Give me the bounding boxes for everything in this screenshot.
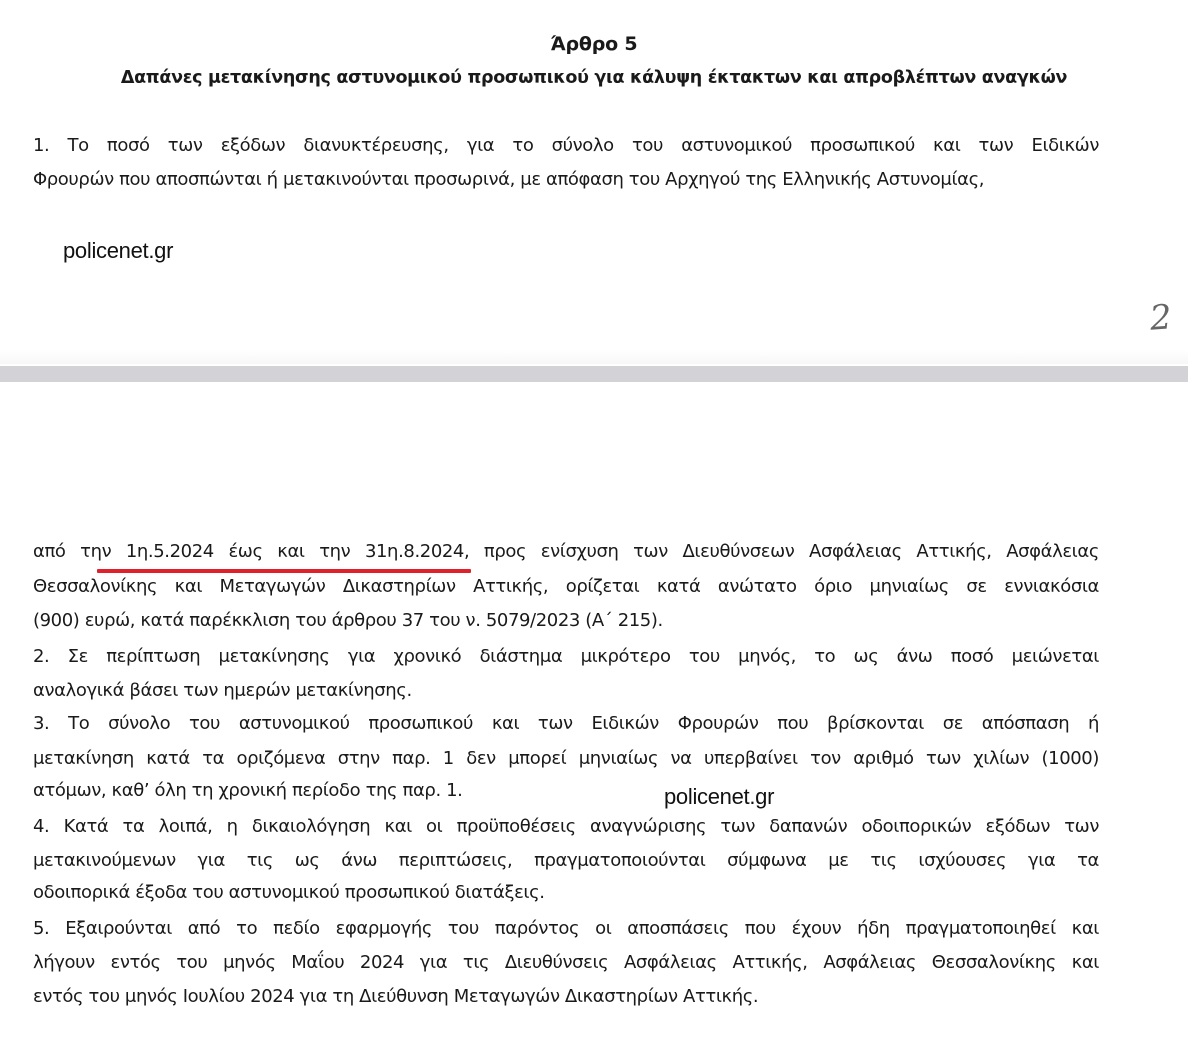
paragraph-line: από την 1η.5.2024 έως και την 31η.8.2024…	[33, 541, 1099, 562]
paragraph-line: 2. Σε περίπτωση μετακίνησης για χρονικό …	[33, 646, 1099, 667]
paragraph-line: λήγουν εντός του μηνός Μαΐου 2024 για τι…	[33, 952, 1099, 973]
paragraph-line: (900) ευρώ, κατά παρέκκλιση του άρθρου 3…	[33, 610, 1099, 631]
paragraph-line: Φρουρών που αποσπώνται ή μετακινούνται π…	[33, 169, 1099, 190]
article-subtitle: Δαπάνες μετακίνησης αστυνομικού προσωπικ…	[0, 68, 1188, 88]
paragraph-line: εντός του μηνός Ιουλίου 2024 για τη Διεύ…	[33, 986, 1099, 1007]
handwritten-page-number: 2	[1149, 297, 1173, 338]
watermark-text: policenet.gr	[63, 238, 173, 264]
watermark-text: policenet.gr	[664, 784, 774, 810]
paragraph-line: ατόμων, καθ’ όλη τη χρονική περίοδο της …	[33, 780, 1099, 801]
page-edge-fade	[0, 350, 1188, 364]
document-page-bottom	[0, 382, 1188, 1042]
paragraph-line: 3. Το σύνολο του αστυνομικού προσωπικού …	[33, 713, 1099, 734]
red-highlight-underline	[97, 569, 471, 573]
paragraph-line: Θεσσαλονίκης και Μεταγωγών Δικαστηρίων Α…	[33, 576, 1099, 597]
paragraph-line: οδοιπορικά έξοδα του αστυνομικού προσωπι…	[33, 882, 1099, 903]
paragraph-line: 1. Το ποσό των εξόδων διανυκτέρευσης, γι…	[33, 135, 1099, 156]
paragraph-line: 5. Εξαιρούνται από το πεδίο εφαρμογής το…	[33, 918, 1099, 939]
paragraph-line: μετακινούμενων για τις ως άνω περιπτώσει…	[33, 850, 1099, 871]
page-separator	[0, 366, 1188, 382]
paragraph-line: μετακίνηση κατά τα οριζόμενα στην παρ. 1…	[33, 748, 1099, 769]
article-title: Άρθρο 5	[0, 33, 1188, 55]
paragraph-line: αναλογικά βάσει των ημερών μετακίνησης.	[33, 680, 1099, 701]
paragraph-line: 4. Κατά τα λοιπά, η δικαιολόγηση και οι …	[33, 816, 1099, 837]
